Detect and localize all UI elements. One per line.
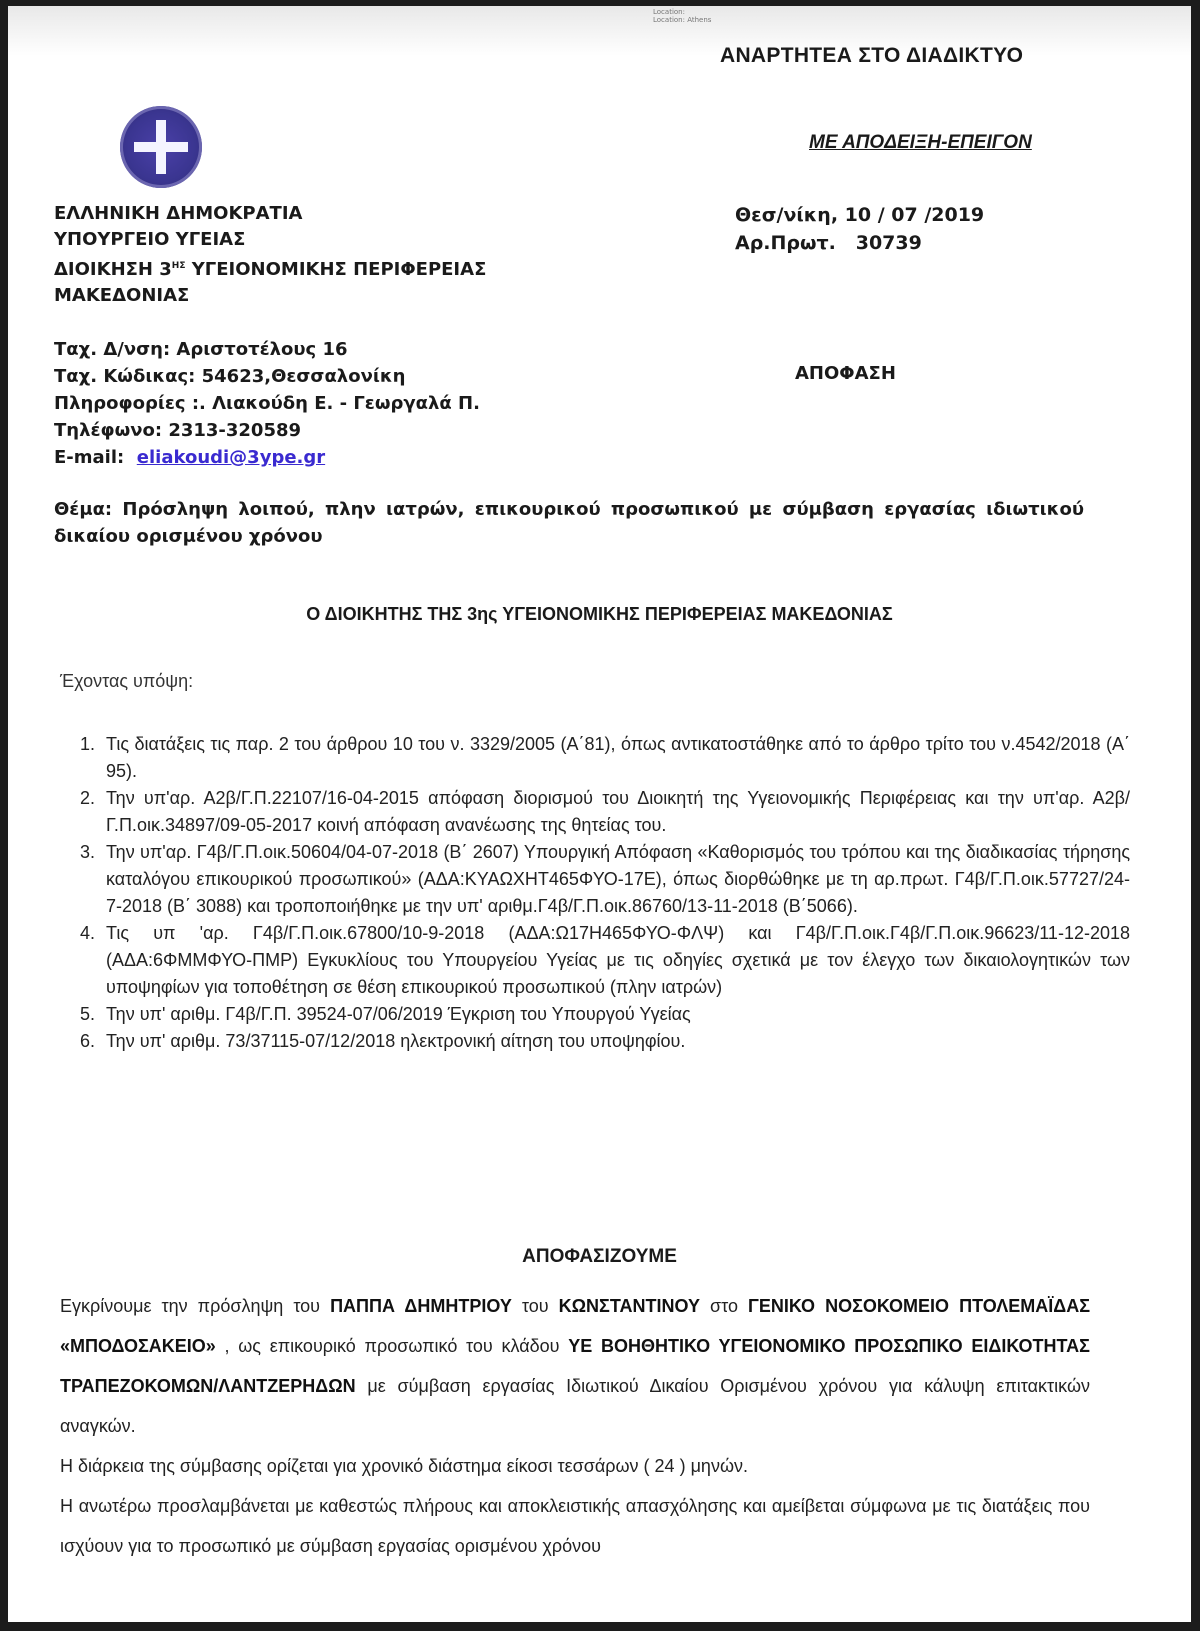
protocol-number: Αρ.Πρωτ. 30739	[735, 229, 984, 257]
location-stamp: Location: Location: Athens	[653, 8, 711, 24]
list-item: Τις διατάξεις τις παρ. 2 του άρθρου 10 τ…	[100, 731, 1130, 785]
list-item: Την υπ' αριθμ. Γ4β/Γ.Π. 39524-07/06/2019…	[100, 1001, 1130, 1028]
considering-label: Έχοντας υπόψη:	[60, 671, 193, 692]
decision-heading: ΑΠΟΦΑΣΙΖΟΥΜΕ	[8, 1246, 1191, 1268]
date-protocol-block: Θεσ/νίκη, 10 / 07 /2019 Αρ.Πρωτ. 30739	[735, 201, 984, 257]
organization-block: ΕΛΛΗΝΙΚΗ ΔΗΜΟΚΡΑΤΙΑ ΥΠΟΥΡΓΕΙΟ ΥΓΕΙΑΣ ΔΙΟ…	[54, 201, 486, 309]
father-name: ΚΩΝΣΤΑΝΤΙΝΟΥ	[559, 1296, 700, 1316]
list-item: Τις υπ 'αρ. Γ4β/Γ.Π.οικ.67800/10-9-2018 …	[100, 920, 1130, 1001]
document-type: ΑΠΟΦΑΣΗ	[795, 363, 896, 384]
publish-notice: ΑΝΑΡΤΗΤΕΑ ΣΤΟ ΔΙΑΔΙΚΤΥΟ	[720, 44, 1023, 68]
document-page: Location: Location: Athens ΑΝΑΡΤΗΤΕΑ ΣΤΟ…	[8, 6, 1191, 1622]
contact-block: Ταχ. Δ/νση: Αριστοτέλους 16 Ταχ. Κώδικας…	[54, 336, 480, 471]
duration-paragraph: Η διάρκεια της σύμβασης ορίζεται για χρο…	[60, 1446, 1090, 1486]
employment-paragraph: Η ανωτέρω προσλαμβάνεται με καθεστώς πλή…	[60, 1486, 1090, 1566]
decision-body: Εγκρίνουμε την πρόσληψη του ΠΑΠΠΑ ΔΗΜΗΤΡ…	[60, 1286, 1090, 1566]
list-item: Την υπ'αρ. Α2β/Γ.Π.22107/16-04-2015 απόφ…	[100, 785, 1130, 839]
document-date: Θεσ/νίκη, 10 / 07 /2019	[735, 201, 984, 229]
list-item: Την υπ' αριθμ. 73/37115-07/12/2018 ηλεκτ…	[100, 1028, 1130, 1055]
considerations-list: Τις διατάξεις τις παρ. 2 του άρθρου 10 τ…	[60, 731, 1130, 1055]
director-heading: Ο ΔΙΟΙΚΗΤΗΣ ΤΗΣ 3ης ΥΓΕΙΟΝΟΜΙΚΗΣ ΠΕΡΙΦΕΡ…	[8, 604, 1191, 625]
email-link[interactable]: eliakoudi@3ype.gr	[137, 447, 325, 468]
greek-coat-of-arms-icon	[120, 106, 202, 188]
appointee-name: ΠΑΠΠΑ ΔΗΜΗΤΡΙΟΥ	[330, 1296, 512, 1316]
list-item: Την υπ'αρ. Γ4β/Γ.Π.οικ.50604/04-07-2018 …	[100, 839, 1130, 920]
delivery-notice: ΜΕ ΑΠΟΔΕΙΞΗ-ΕΠΕΙΓΟΝ	[809, 132, 1032, 154]
decision-paragraph: Εγκρίνουμε την πρόσληψη του ΠΑΠΠΑ ΔΗΜΗΤΡ…	[60, 1286, 1090, 1446]
subject-line: Θέμα: Πρόσληψη λοιπού, πλην ιατρών, επικ…	[54, 496, 1084, 550]
